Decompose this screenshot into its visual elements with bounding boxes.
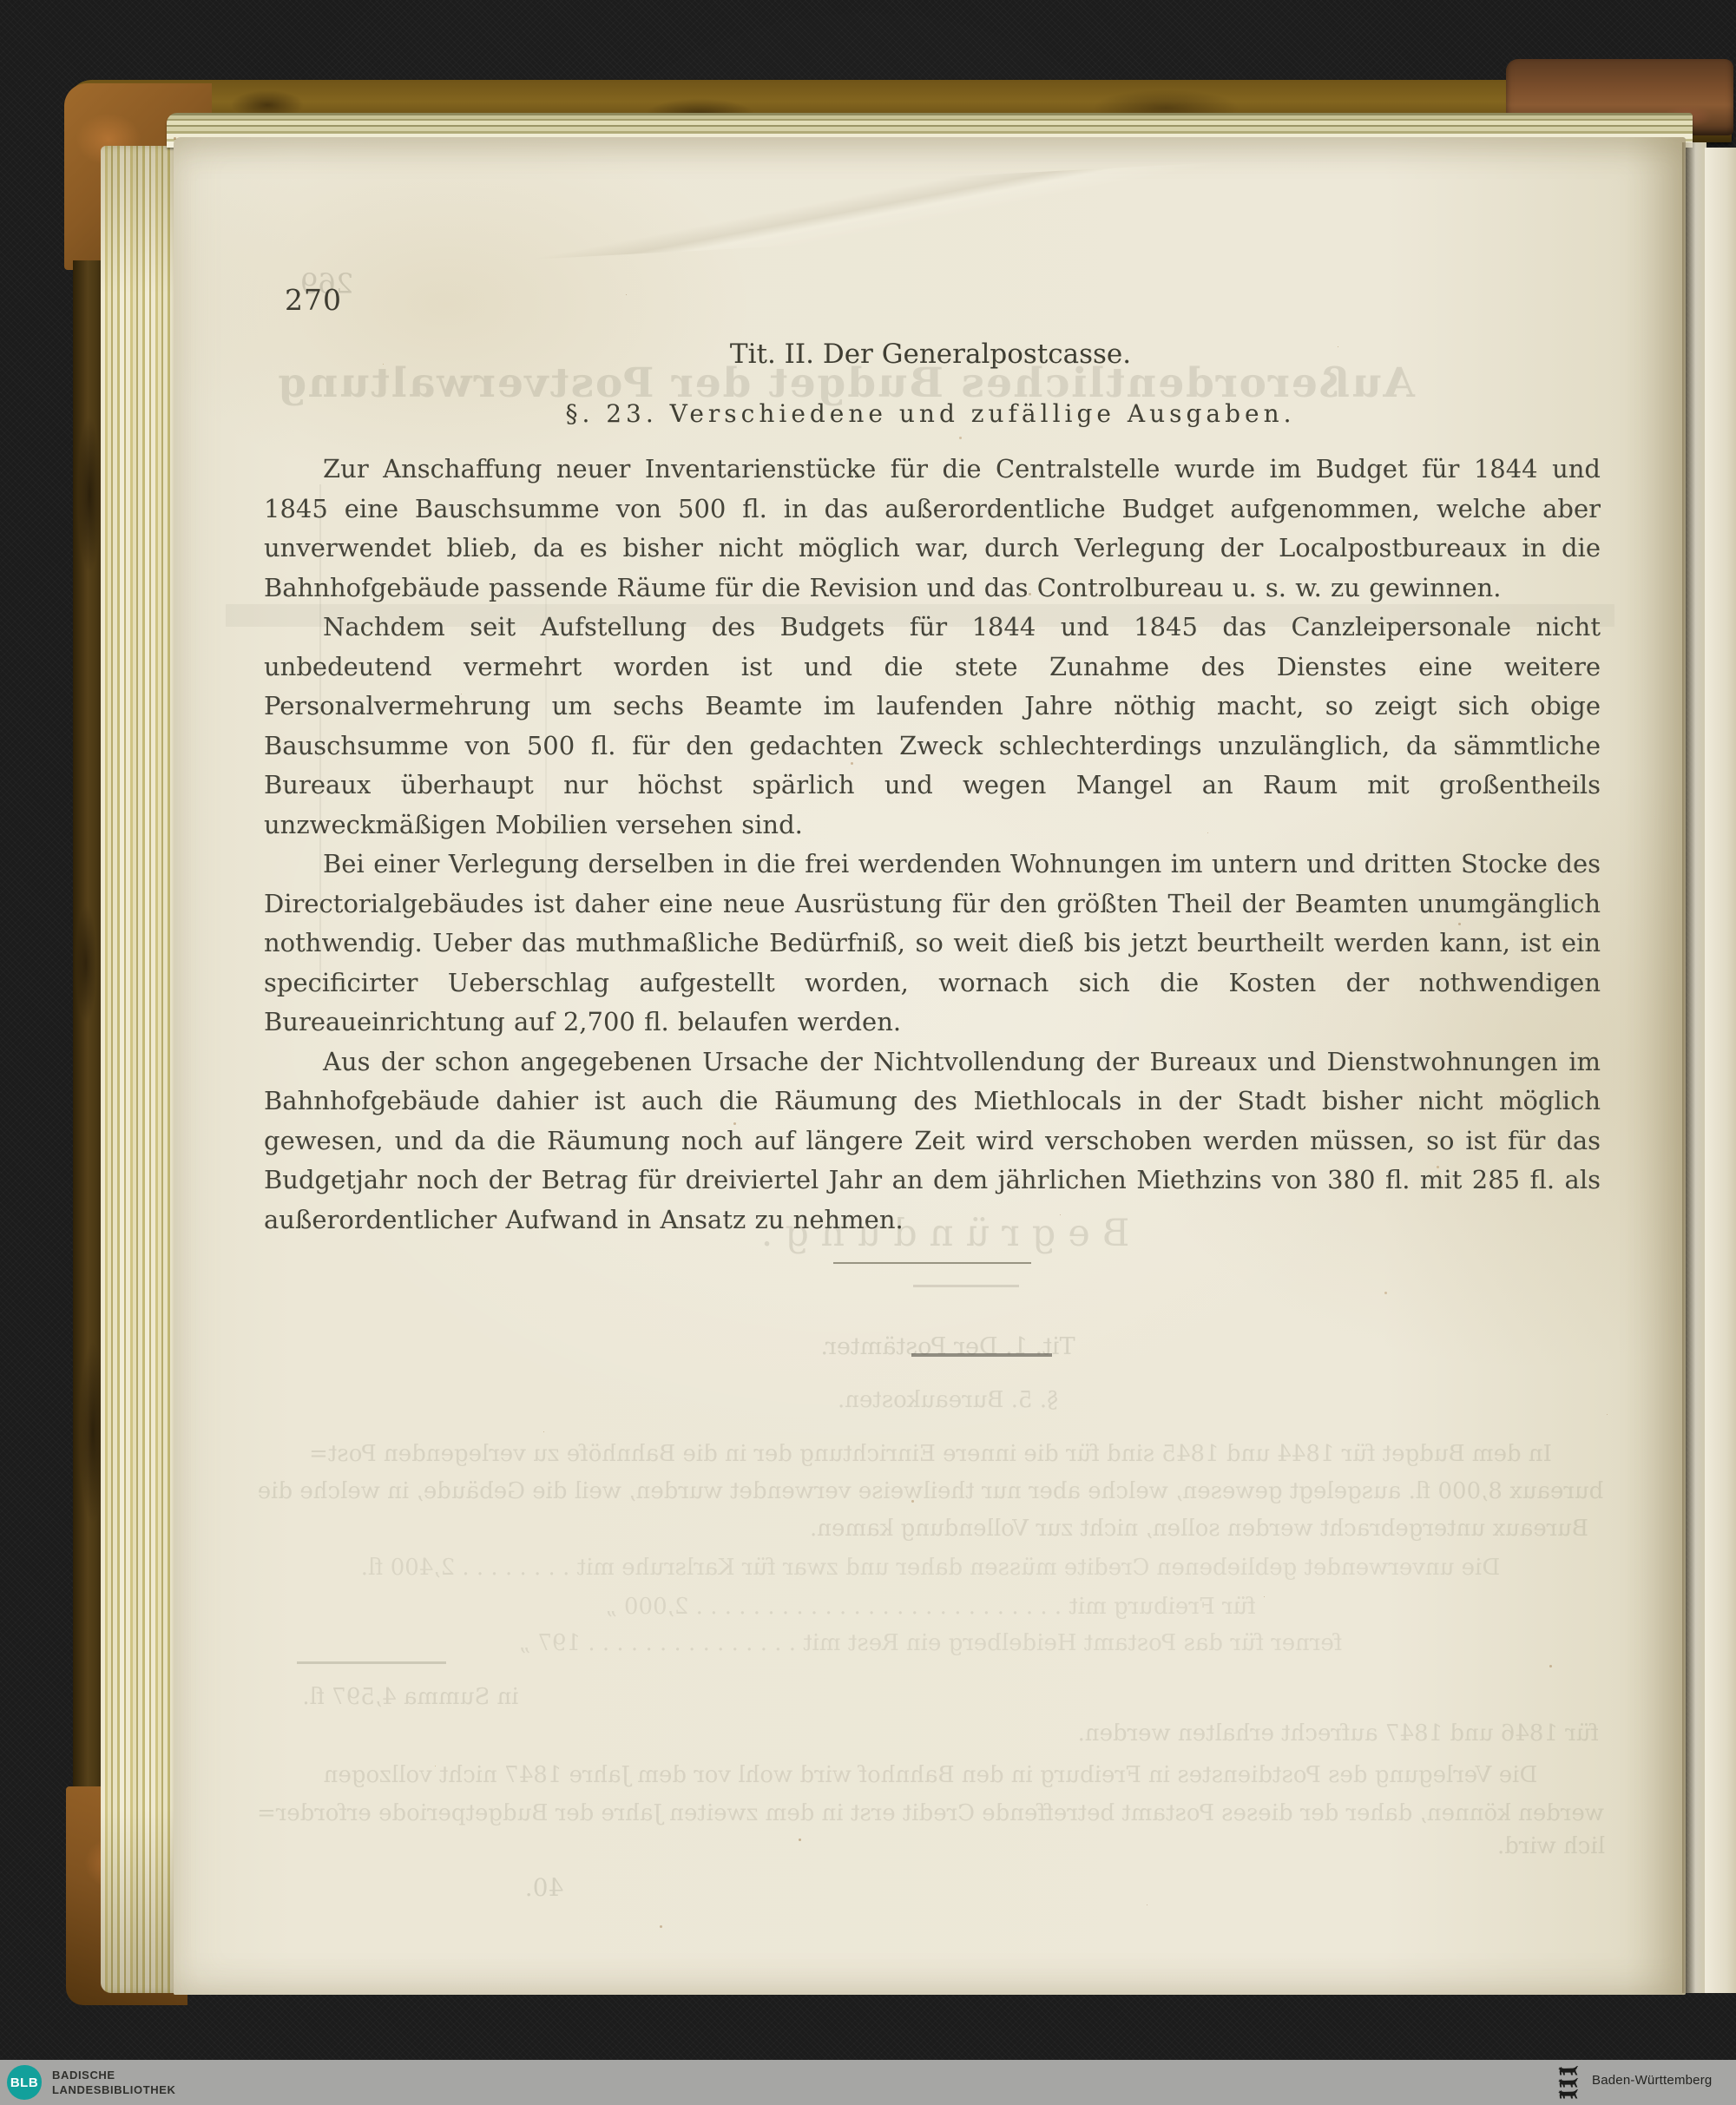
ghost-text-line: lich wird. [1495, 1833, 1608, 1859]
section-end-rule [833, 1262, 1031, 1264]
library-footer-bar: BLB BADISCHE LANDESBIBLIOTHEK Baden-Würt… [0, 2060, 1736, 2105]
lion-icon [1554, 2089, 1583, 2100]
ghost-underline-mark [911, 1353, 1052, 1357]
ghost-text-line: für 1846 und 1847 aufrecht erhalten werd… [1095, 1720, 1599, 1746]
paper-wrinkle [424, 161, 1259, 265]
ghost-sum-rule [297, 1661, 446, 1664]
paragraph: Aus der schon angegebenen Ursache der Ni… [264, 1043, 1601, 1240]
page-number: 270 [285, 283, 342, 317]
ghost-bureaukosten-heading: §. 5. Bureaukosten. [713, 1387, 1182, 1413]
ghost-signature-mark: 40. [514, 1873, 575, 1902]
page-stack-left-edge [101, 146, 179, 1993]
lion-icon [1554, 2078, 1583, 2089]
ghost-text-line: Bureaux untergebracht werden sollen, nic… [842, 1516, 1588, 1542]
paper-speckles [174, 137, 176, 140]
ghost-sum-line: in Summa 4,597 fl. [302, 1684, 519, 1710]
body-text: Zur Anschaffung neuer Inventarienstücke … [264, 450, 1601, 1264]
ghost-divider-rule [913, 1285, 1019, 1287]
ghost-text-line: werden können, daher der dieses Postamt … [250, 1800, 1611, 1826]
state-name: Baden-Württemberg [1592, 2073, 1712, 2088]
ghost-text-line: Die unverwendet gebliebenen Credite müss… [250, 1555, 1611, 1581]
section-heading: §. 23. Verschiedene und zufällige Ausgab… [262, 399, 1599, 428]
ghost-text-line: In dem Budget für 1844 und 1845 sind für… [250, 1441, 1611, 1467]
next-page-edge [1705, 148, 1736, 1993]
ghost-text-line: bureaux 8,000 fl. ausgelegt gewesen, wel… [250, 1478, 1611, 1504]
ghost-text-line: Die Verlegung des Postdienstes in Freibu… [250, 1762, 1611, 1788]
paragraph: Bei einer Verlegung derselben in die fre… [264, 845, 1601, 1043]
ghost-text-line: für Freiburg mit . . . . . . . . . . . .… [250, 1594, 1611, 1620]
library-name-line1: BADISCHE [52, 2068, 176, 2082]
page-gutter-crease [1682, 142, 1706, 1993]
blb-logo: BLB [7, 2065, 42, 2100]
page-scan: 269 Außerordentliches Budget der Postver… [174, 137, 1686, 1995]
title-heading: Tit. II. Der Generalpostcasse. [262, 339, 1599, 370]
ghost-text-line: ferner für das Postamt Heidelberg ein Re… [250, 1630, 1611, 1656]
lion-icon [1554, 2066, 1583, 2076]
paragraph: Zur Anschaffung neuer Inventarienstücke … [264, 450, 1601, 608]
paragraph: Nachdem seit Aufstellung des Budgets für… [264, 608, 1601, 845]
library-name: BADISCHE LANDESBIBLIOTHEK [52, 2068, 176, 2097]
library-name-line2: LANDESBIBLIOTHEK [52, 2082, 176, 2097]
baden-wuerttemberg-lions-icon [1554, 2066, 1583, 2100]
